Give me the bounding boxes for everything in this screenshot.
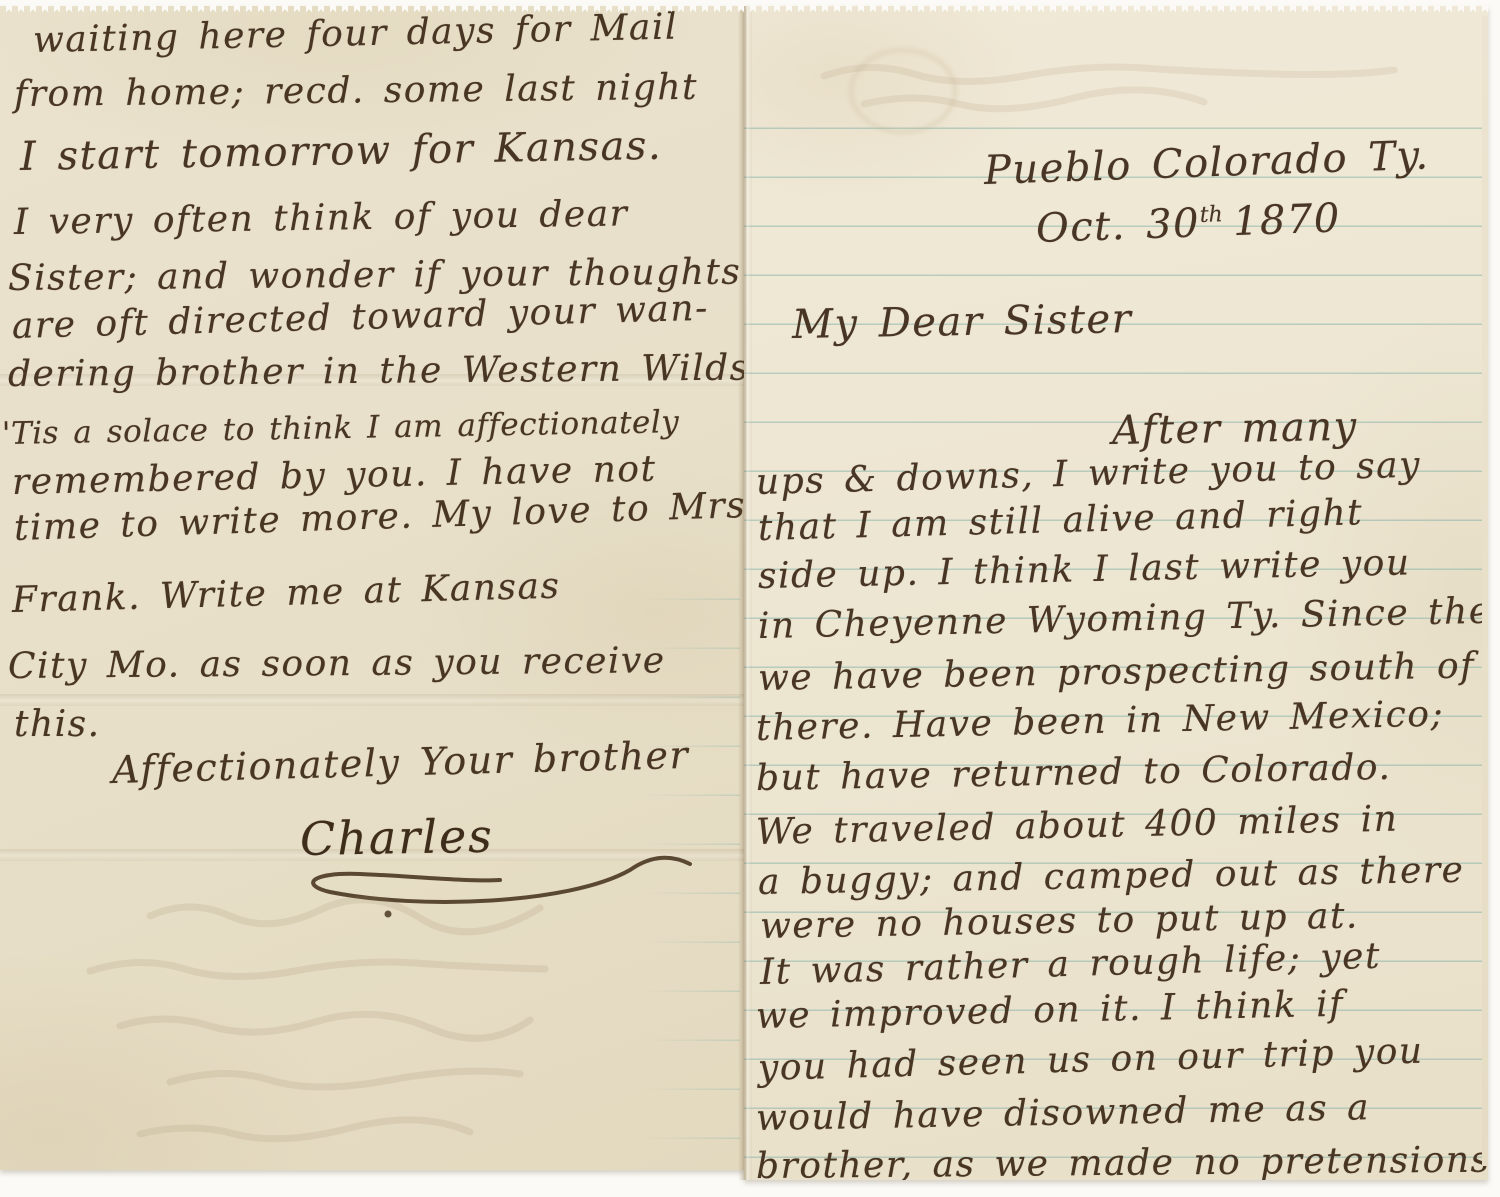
date-day: Oct. 30: [1035, 200, 1201, 252]
handwritten-line: in Cheyenne Wyoming Ty. Since then: [758, 590, 1488, 647]
handwritten-line: I very often think of you dear: [14, 193, 629, 243]
handwritten-line: dering brother in the Western Wilds.: [8, 347, 744, 395]
handwritten-line: from home; recd. some last night: [14, 67, 698, 115]
show-through-ghost-text: [0, 886, 744, 1166]
letter-date-line: Oct. 30th1870: [1035, 195, 1341, 252]
handwritten-line: City Mo. as soon as you receive: [8, 640, 666, 687]
handwritten-line: this.: [14, 704, 101, 745]
date-ordinal: th: [1199, 202, 1223, 228]
embossed-seal-ghost: [849, 48, 957, 134]
handwritten-line: that I am still alive and right: [757, 492, 1363, 549]
handwritten-line: We traveled about 400 miles in: [756, 799, 1399, 853]
crease-line: [0, 694, 744, 706]
handwritten-line: but have returned to Colorado.: [756, 747, 1392, 799]
date-year: 1870: [1232, 195, 1341, 245]
handwritten-line: we improved on it. I think if: [756, 984, 1345, 1037]
letter-closing: Affectionately Your brother: [111, 733, 689, 792]
handwritten-line: side up. I think I last write you: [758, 542, 1411, 597]
handwritten-line: 'Tis a solace to think I am affectionate…: [2, 404, 680, 452]
handwritten-line: brother, as we made no pretensions: [756, 1140, 1488, 1180]
handwritten-line: Frank. Write me at Kansas: [11, 566, 560, 621]
letter-page-right: Pueblo Colorado Ty. Oct. 30th1870 My Dea…: [744, 6, 1488, 1180]
handwritten-line: I start tomorrow for Kansas.: [20, 123, 663, 180]
letter-salutation: My Dear Sister: [792, 296, 1133, 348]
letter-page-left: waiting here four days for Mail from hom…: [0, 6, 744, 1170]
back-page-edge: [1482, 16, 1488, 1166]
letter-scan: waiting here four days for Mail from hom…: [0, 0, 1500, 1197]
handwritten-line: you had seen us on our trip you: [757, 1031, 1424, 1089]
handwritten-line: there. Have been in New Mexico;: [756, 694, 1445, 749]
letter-place-line: Pueblo Colorado Ty.: [983, 132, 1430, 194]
letter-signature: Charles: [300, 809, 495, 866]
letter-sheet: waiting here four days for Mail from hom…: [0, 6, 1488, 1180]
handwritten-line: would have disowned me as a: [756, 1087, 1371, 1139]
handwritten-line: waiting here four days for Mail: [33, 6, 679, 60]
handwritten-line: we have been prospecting south of: [758, 645, 1476, 699]
handwritten-line: a buggy; and camped out as there: [758, 850, 1465, 903]
